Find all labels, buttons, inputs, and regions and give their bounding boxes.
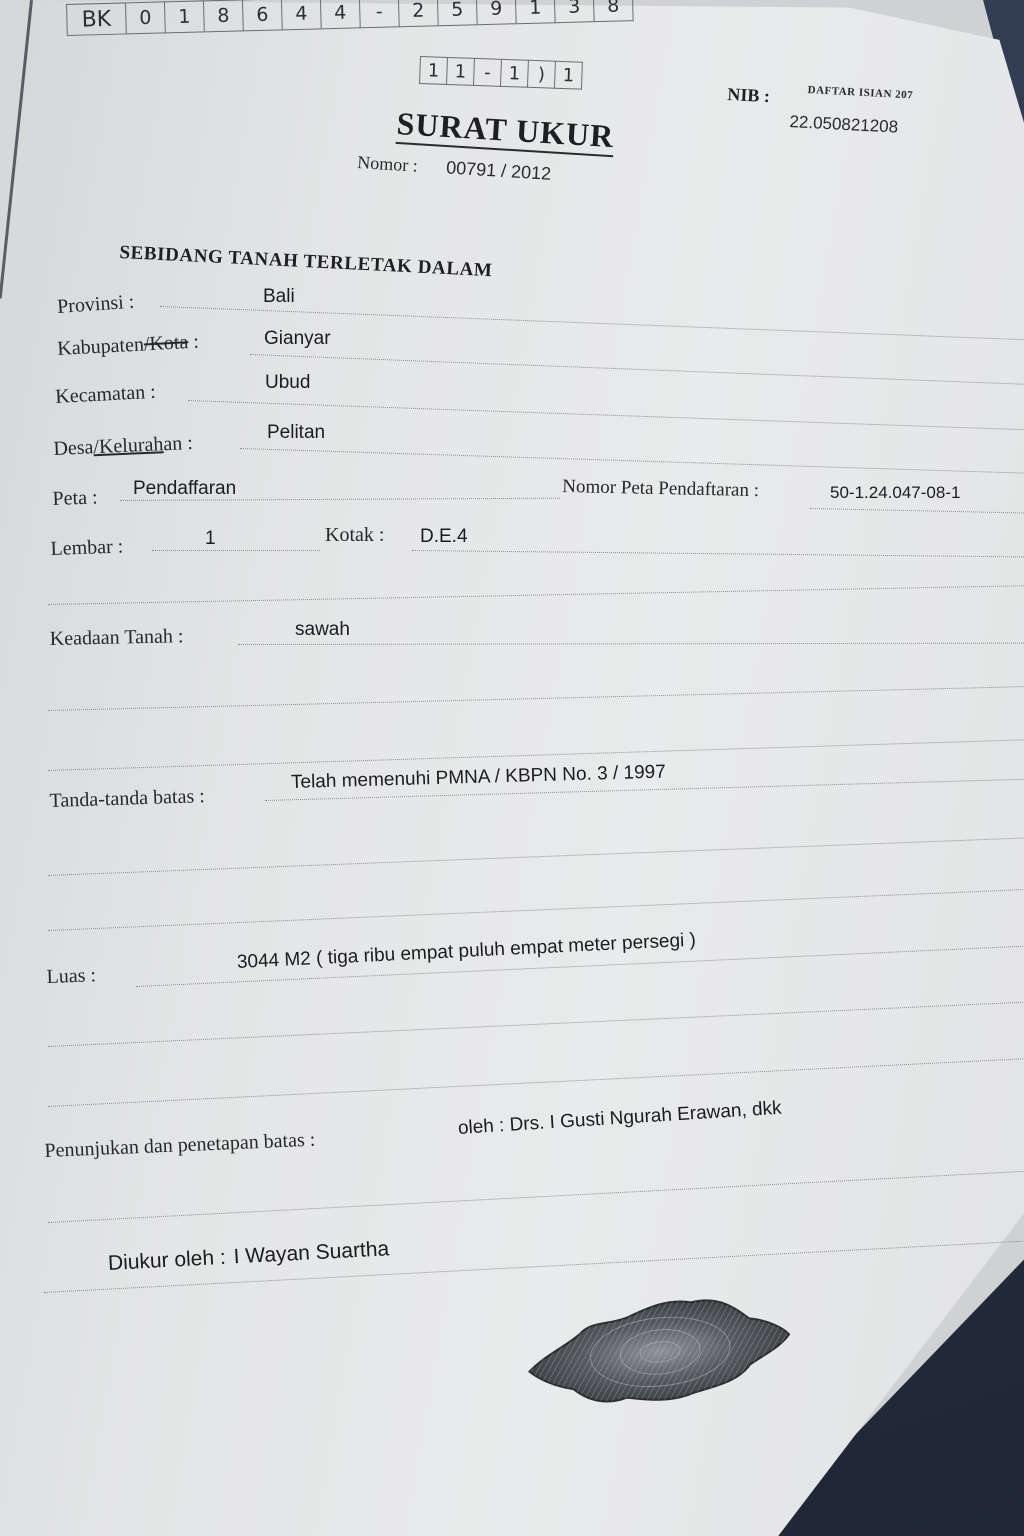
field-nomor-peta: Nomor Peta Pendaftaran : bbox=[562, 476, 759, 502]
tanda-batas-value: Telah memenuhi PMNA / KBPN No. 3 / 1997 bbox=[291, 762, 666, 793]
kelurahan-underlined-text: /Kelurah bbox=[93, 433, 164, 458]
kota-struck-text: /Kota bbox=[143, 331, 189, 355]
nomor-peta-dotted-line bbox=[810, 508, 1024, 514]
kecamatan-label: Kecamatan : bbox=[55, 381, 157, 408]
code-box-digit: 6 bbox=[243, 0, 283, 31]
keadaan-tanah-label: Keadaan Tanah : bbox=[50, 625, 184, 650]
kecamatan-value-wrap: Ubud bbox=[265, 372, 310, 394]
kabupaten-label: Kabupaten/Kota : bbox=[57, 331, 200, 360]
field-kotak: Kotak : bbox=[325, 524, 384, 547]
handwritten-number-boxes: 11-1)1 bbox=[419, 56, 583, 90]
blank-dotted-line bbox=[48, 1001, 1024, 1047]
kecamatan-value: Ubud bbox=[265, 372, 310, 393]
number-box-digit: 1 bbox=[555, 61, 583, 90]
kotak-dotted-line bbox=[412, 550, 1024, 557]
number-box-digit: ) bbox=[528, 60, 556, 89]
kabupaten-label-text: Kabupaten bbox=[57, 333, 145, 360]
tanda-batas-value-wrap: Telah memenuhi PMNA / KBPN No. 3 / 1997 bbox=[291, 762, 666, 794]
kabupaten-value-wrap: Gianyar bbox=[264, 328, 331, 350]
blank-dotted-line bbox=[48, 837, 1024, 876]
field-tanda-batas: Tanda-tanda batas : bbox=[49, 785, 205, 813]
nib-label: NIB : bbox=[727, 84, 771, 107]
blank-dotted-line bbox=[48, 585, 1024, 605]
kotak-value: D.E.4 bbox=[420, 526, 468, 547]
luas-value-wrap: 3044 M2 ( tiga ribu empat puluh empat me… bbox=[236, 930, 696, 974]
luas-label: Luas : bbox=[46, 964, 96, 988]
lembar-dotted-line bbox=[152, 550, 320, 551]
desa-dotted-line bbox=[240, 448, 1024, 474]
lembar-value-wrap: 1 bbox=[205, 528, 216, 550]
field-kabupaten: Kabupaten/Kota : bbox=[57, 331, 200, 361]
code-box-digit: 3 bbox=[555, 0, 595, 23]
nomor-peta-label: Nomor Peta Pendaftaran : bbox=[562, 476, 759, 501]
provinsi-value: Bali bbox=[263, 286, 295, 307]
code-box-digit: 1 bbox=[165, 0, 205, 33]
nomor-label: Nomor : bbox=[357, 152, 419, 176]
penunjukan-label: Penunjukan dan penetapan batas : bbox=[44, 1129, 316, 1162]
keadaan-tanah-value: sawah bbox=[295, 619, 350, 640]
field-keadaan-tanah: Keadaan Tanah : bbox=[50, 625, 184, 651]
number-box-digit: 1 bbox=[419, 56, 448, 85]
provinsi-label: Provinsi : bbox=[56, 291, 135, 318]
code-box-digit: 9 bbox=[477, 0, 517, 25]
kotak-value-wrap: D.E.4 bbox=[420, 526, 468, 548]
desa-label: Desa/Kelurahan : bbox=[53, 432, 193, 460]
field-luas: Luas : bbox=[46, 964, 96, 989]
field-diukur: Diukur oleh : I Wayan Suartha bbox=[107, 1237, 389, 1276]
keadaan-tanah-dotted-line bbox=[238, 643, 1024, 645]
code-box-digit: 4 bbox=[321, 0, 361, 29]
field-desa: Desa/Kelurahan : bbox=[53, 432, 193, 461]
penunjukan-value-wrap: oleh : Drs. I Gusti Ngurah Erawan, dkk bbox=[457, 1098, 782, 1140]
provinsi-value-wrap: Bali bbox=[263, 286, 295, 308]
field-penunjukan: Penunjukan dan penetapan batas : bbox=[44, 1129, 316, 1163]
number-box-digit: - bbox=[474, 58, 502, 87]
code-box-digit: 8 bbox=[204, 0, 244, 32]
kabupaten-colon: : bbox=[188, 331, 200, 354]
number-box-digit: 1 bbox=[501, 59, 529, 88]
number-box-digit: 1 bbox=[447, 57, 475, 86]
nomor-value: 00791 / 2012 bbox=[446, 157, 552, 183]
code-box-digit: 8 bbox=[594, 0, 634, 22]
code-box-digit: - bbox=[360, 0, 400, 28]
kabupaten-value: Gianyar bbox=[264, 328, 331, 349]
nomor-peta-value: 50-1.24.047-08-1 bbox=[830, 483, 960, 502]
field-kecamatan: Kecamatan : bbox=[55, 381, 157, 409]
kabupaten-dotted-line bbox=[250, 354, 1024, 385]
desa-colon: an : bbox=[163, 432, 193, 455]
code-box-digit: 2 bbox=[399, 0, 439, 27]
blank-dotted-line bbox=[48, 888, 1024, 931]
kotak-label: Kotak : bbox=[325, 524, 384, 546]
peta-value: Pendaffaran bbox=[133, 478, 236, 499]
desa-value: Pelitan bbox=[267, 422, 325, 443]
code-box-digit: 1 bbox=[516, 0, 556, 24]
daftar-isian-label: DAFTAR ISIAN 207 bbox=[807, 84, 913, 102]
code-prefix: BK bbox=[66, 2, 127, 36]
field-provinsi: Provinsi : bbox=[56, 291, 135, 319]
blank-dotted-line bbox=[48, 1170, 1024, 1223]
luas-value: 3044 M2 ( tiga ribu empat puluh empat me… bbox=[236, 930, 696, 973]
desa-value-wrap: Pelitan bbox=[267, 422, 325, 444]
lembar-value: 1 bbox=[205, 528, 216, 549]
field-lembar: Lembar : bbox=[50, 535, 124, 561]
lembar-label: Lembar : bbox=[50, 535, 123, 560]
diukur-label: Diukur oleh : bbox=[107, 1246, 226, 1275]
peta-label: Peta : bbox=[52, 486, 98, 510]
nomor-peta-value-wrap: 50-1.24.047-08-1 bbox=[830, 483, 960, 503]
keadaan-tanah-value-wrap: sawah bbox=[295, 619, 350, 641]
section-heading: SEBIDANG TANAH TERLETAK DALAM bbox=[119, 242, 493, 282]
code-box-digit: 4 bbox=[282, 0, 322, 30]
blank-dotted-line bbox=[48, 686, 1024, 711]
code-box-digit: 5 bbox=[438, 0, 478, 26]
document-title: SURAT UKUR bbox=[396, 104, 616, 157]
tanda-batas-label: Tanda-tanda batas : bbox=[49, 785, 205, 812]
nib-value: 22.050821208 bbox=[789, 112, 899, 138]
security-seal-emblem bbox=[519, 1282, 799, 1420]
handwritten-code-boxes: BK 018644-259138 bbox=[66, 0, 634, 36]
blank-dotted-line bbox=[48, 1057, 1024, 1107]
diukur-value: I Wayan Suartha bbox=[233, 1237, 390, 1268]
document-number: Nomor : 00791 / 2012 bbox=[357, 152, 552, 185]
peta-value-wrap: Pendaffaran bbox=[133, 478, 236, 500]
penunjukan-value: oleh : Drs. I Gusti Ngurah Erawan, dkk bbox=[457, 1098, 782, 1139]
document-content: BK 018644-259138 11-1)1 SURAT UKUR Nomor… bbox=[0, 0, 1024, 1536]
field-peta: Peta : bbox=[52, 486, 98, 511]
code-box-digit: 0 bbox=[126, 1, 166, 34]
desa-label-text: Desa bbox=[53, 436, 94, 460]
